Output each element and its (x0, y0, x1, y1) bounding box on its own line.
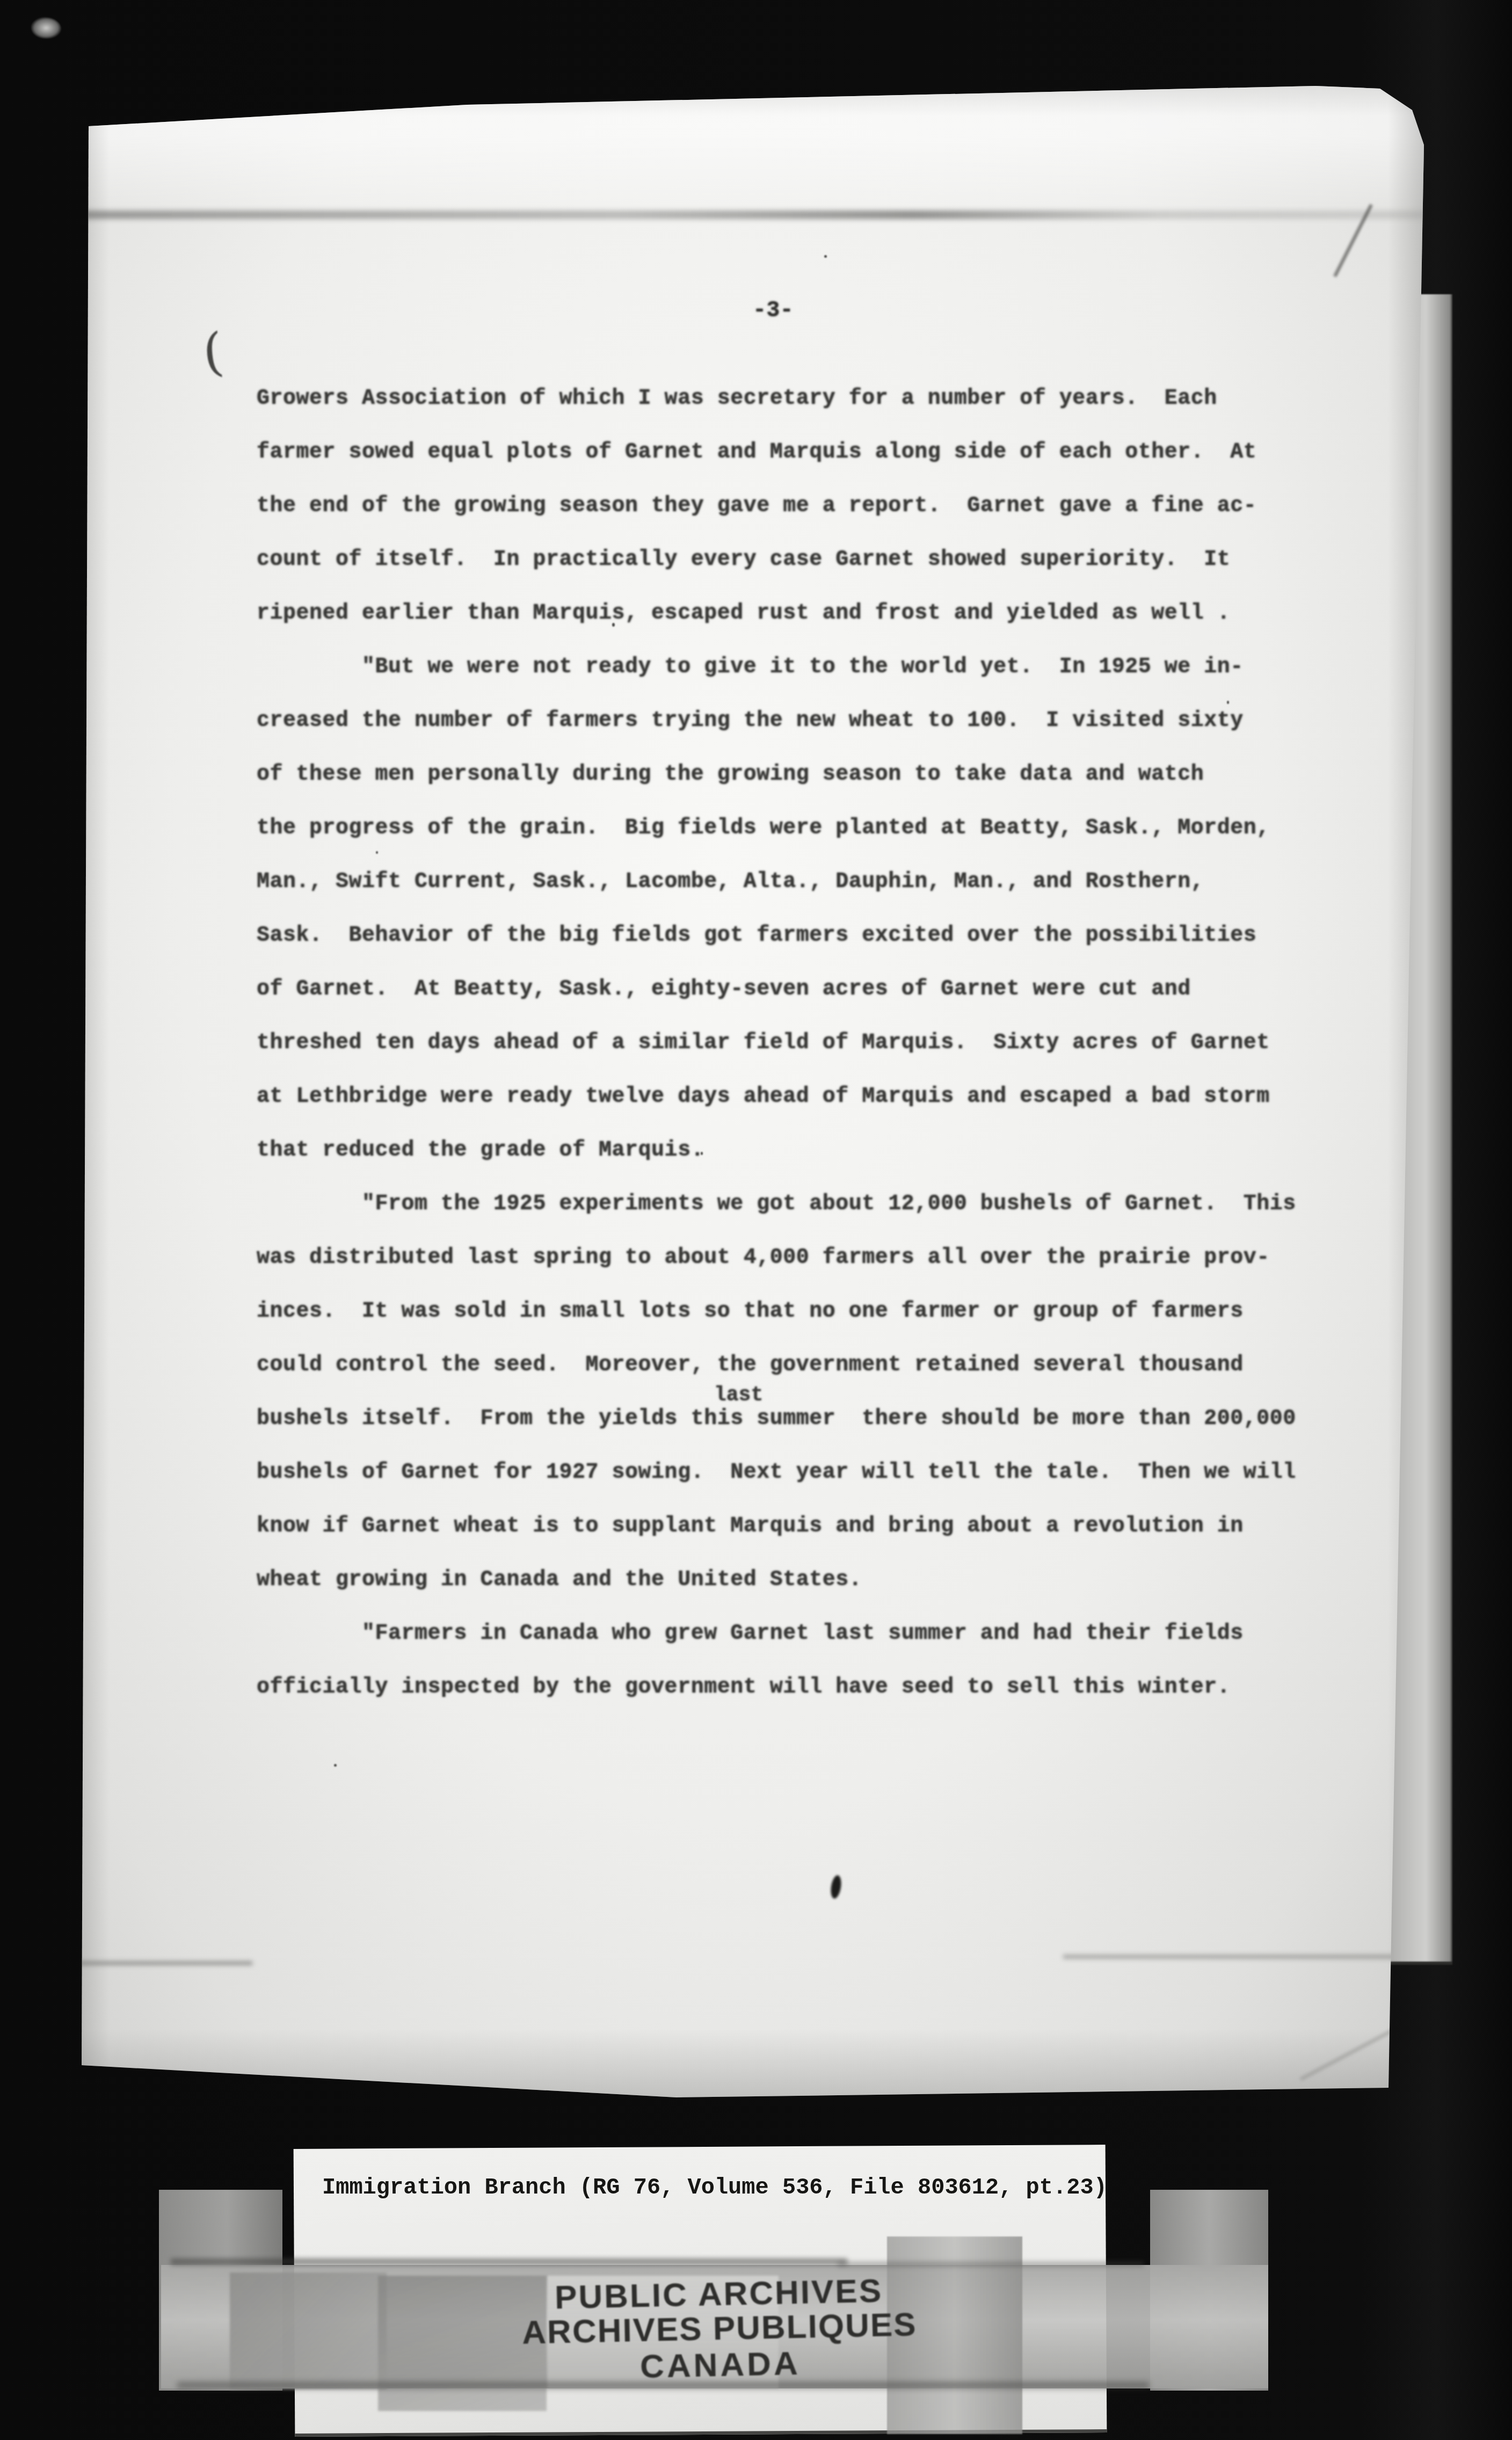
tape-edge-smudge (838, 2262, 1144, 2267)
typewritten-line: the end of the growing season they gave … (257, 490, 1256, 522)
typewritten-line: could control the seed. Moreover, the go… (257, 1349, 1244, 1382)
typewritten-line: threshed ten days ahead of a similar fie… (257, 1027, 1270, 1059)
typewritten-line: the progress of the grain. Big fields we… (257, 812, 1270, 845)
typewritten-line: of these men personally during the growi… (257, 759, 1204, 791)
public-archives-stamp: PUBLIC ARCHIVES ARCHIVES PUBLIQUES CANAD… (477, 2273, 962, 2390)
typewritten-line: bushels of Garnet for 1927 sowing. Next … (257, 1457, 1296, 1489)
page-number: -3- (753, 294, 794, 326)
typewritten-line: Growers Association of which I was secre… (257, 383, 1217, 415)
tape-crumple-patch (230, 2272, 387, 2390)
typed-insertion-word: last (714, 1381, 763, 1410)
typewritten-line: Sask. Behavior of the big fields got far… (257, 920, 1256, 952)
handwritten-margin-mark: ( (200, 321, 226, 383)
paper-crease-bottom-right (1063, 1955, 1439, 1959)
paper-speck (701, 1152, 703, 1155)
typewritten-line: farmer sowed equal plots of Garnet and M… (257, 437, 1256, 469)
typewritten-line: inces. It was sold in small lots so that… (257, 1296, 1244, 1328)
typewritten-line: was distributed last spring to about 4,0… (257, 1242, 1270, 1274)
typewritten-line: officially inspected by the government w… (257, 1672, 1230, 1704)
typewritten-line: count of itself. In practically every ca… (257, 544, 1230, 576)
typewritten-line: bushels itself. From the yields this sum… (257, 1403, 1296, 1435)
tape-edge-smudge (171, 2259, 847, 2265)
archive-reference-label: Immigration Branch (RG 76, Volume 536, F… (322, 2170, 1107, 2205)
paper-speck (824, 255, 827, 258)
paper-speck (1227, 701, 1229, 704)
typewritten-line: that reduced the grade of Marquis. (257, 1135, 704, 1167)
paper-speck (334, 1764, 337, 1767)
typewritten-line: of Garnet. At Beatty, Sask., eighty-seve… (257, 974, 1191, 1006)
typewritten-line: ripened earlier than Marquis, escaped ru… (257, 598, 1230, 630)
typewritten-sheet: -3- ( Growers Association of which I was… (75, 75, 1428, 2100)
typewritten-line: "From the 1925 experiments we got about … (257, 1188, 1296, 1221)
typewritten-line: at Lethbridge were ready twelve days ahe… (257, 1081, 1270, 1113)
dust-speck (31, 17, 61, 39)
paper-speck (376, 851, 378, 854)
paper-speck (612, 623, 615, 627)
paper-crease-bottom-left (75, 1961, 252, 1965)
typewritten-line: Man., Swift Current, Sask., Lacombe, Alt… (257, 866, 1204, 898)
typewritten-line: wheat growing in Canada and the United S… (257, 1564, 862, 1596)
document-page-photo: -3- ( Growers Association of which I was… (0, 0, 1512, 2440)
paper-crease-top (75, 210, 1428, 219)
typewritten-line: know if Garnet wheat is to supplant Marq… (257, 1511, 1244, 1543)
ink-blot (830, 1875, 843, 1899)
typewritten-line: "But we were not ready to give it to the… (257, 651, 1244, 684)
corner-fold-bottom-right (1300, 2025, 1401, 2081)
typewritten-line: creased the number of farmers trying the… (257, 705, 1244, 737)
typewritten-line: "Farmers in Canada who grew Garnet last … (257, 1618, 1244, 1650)
